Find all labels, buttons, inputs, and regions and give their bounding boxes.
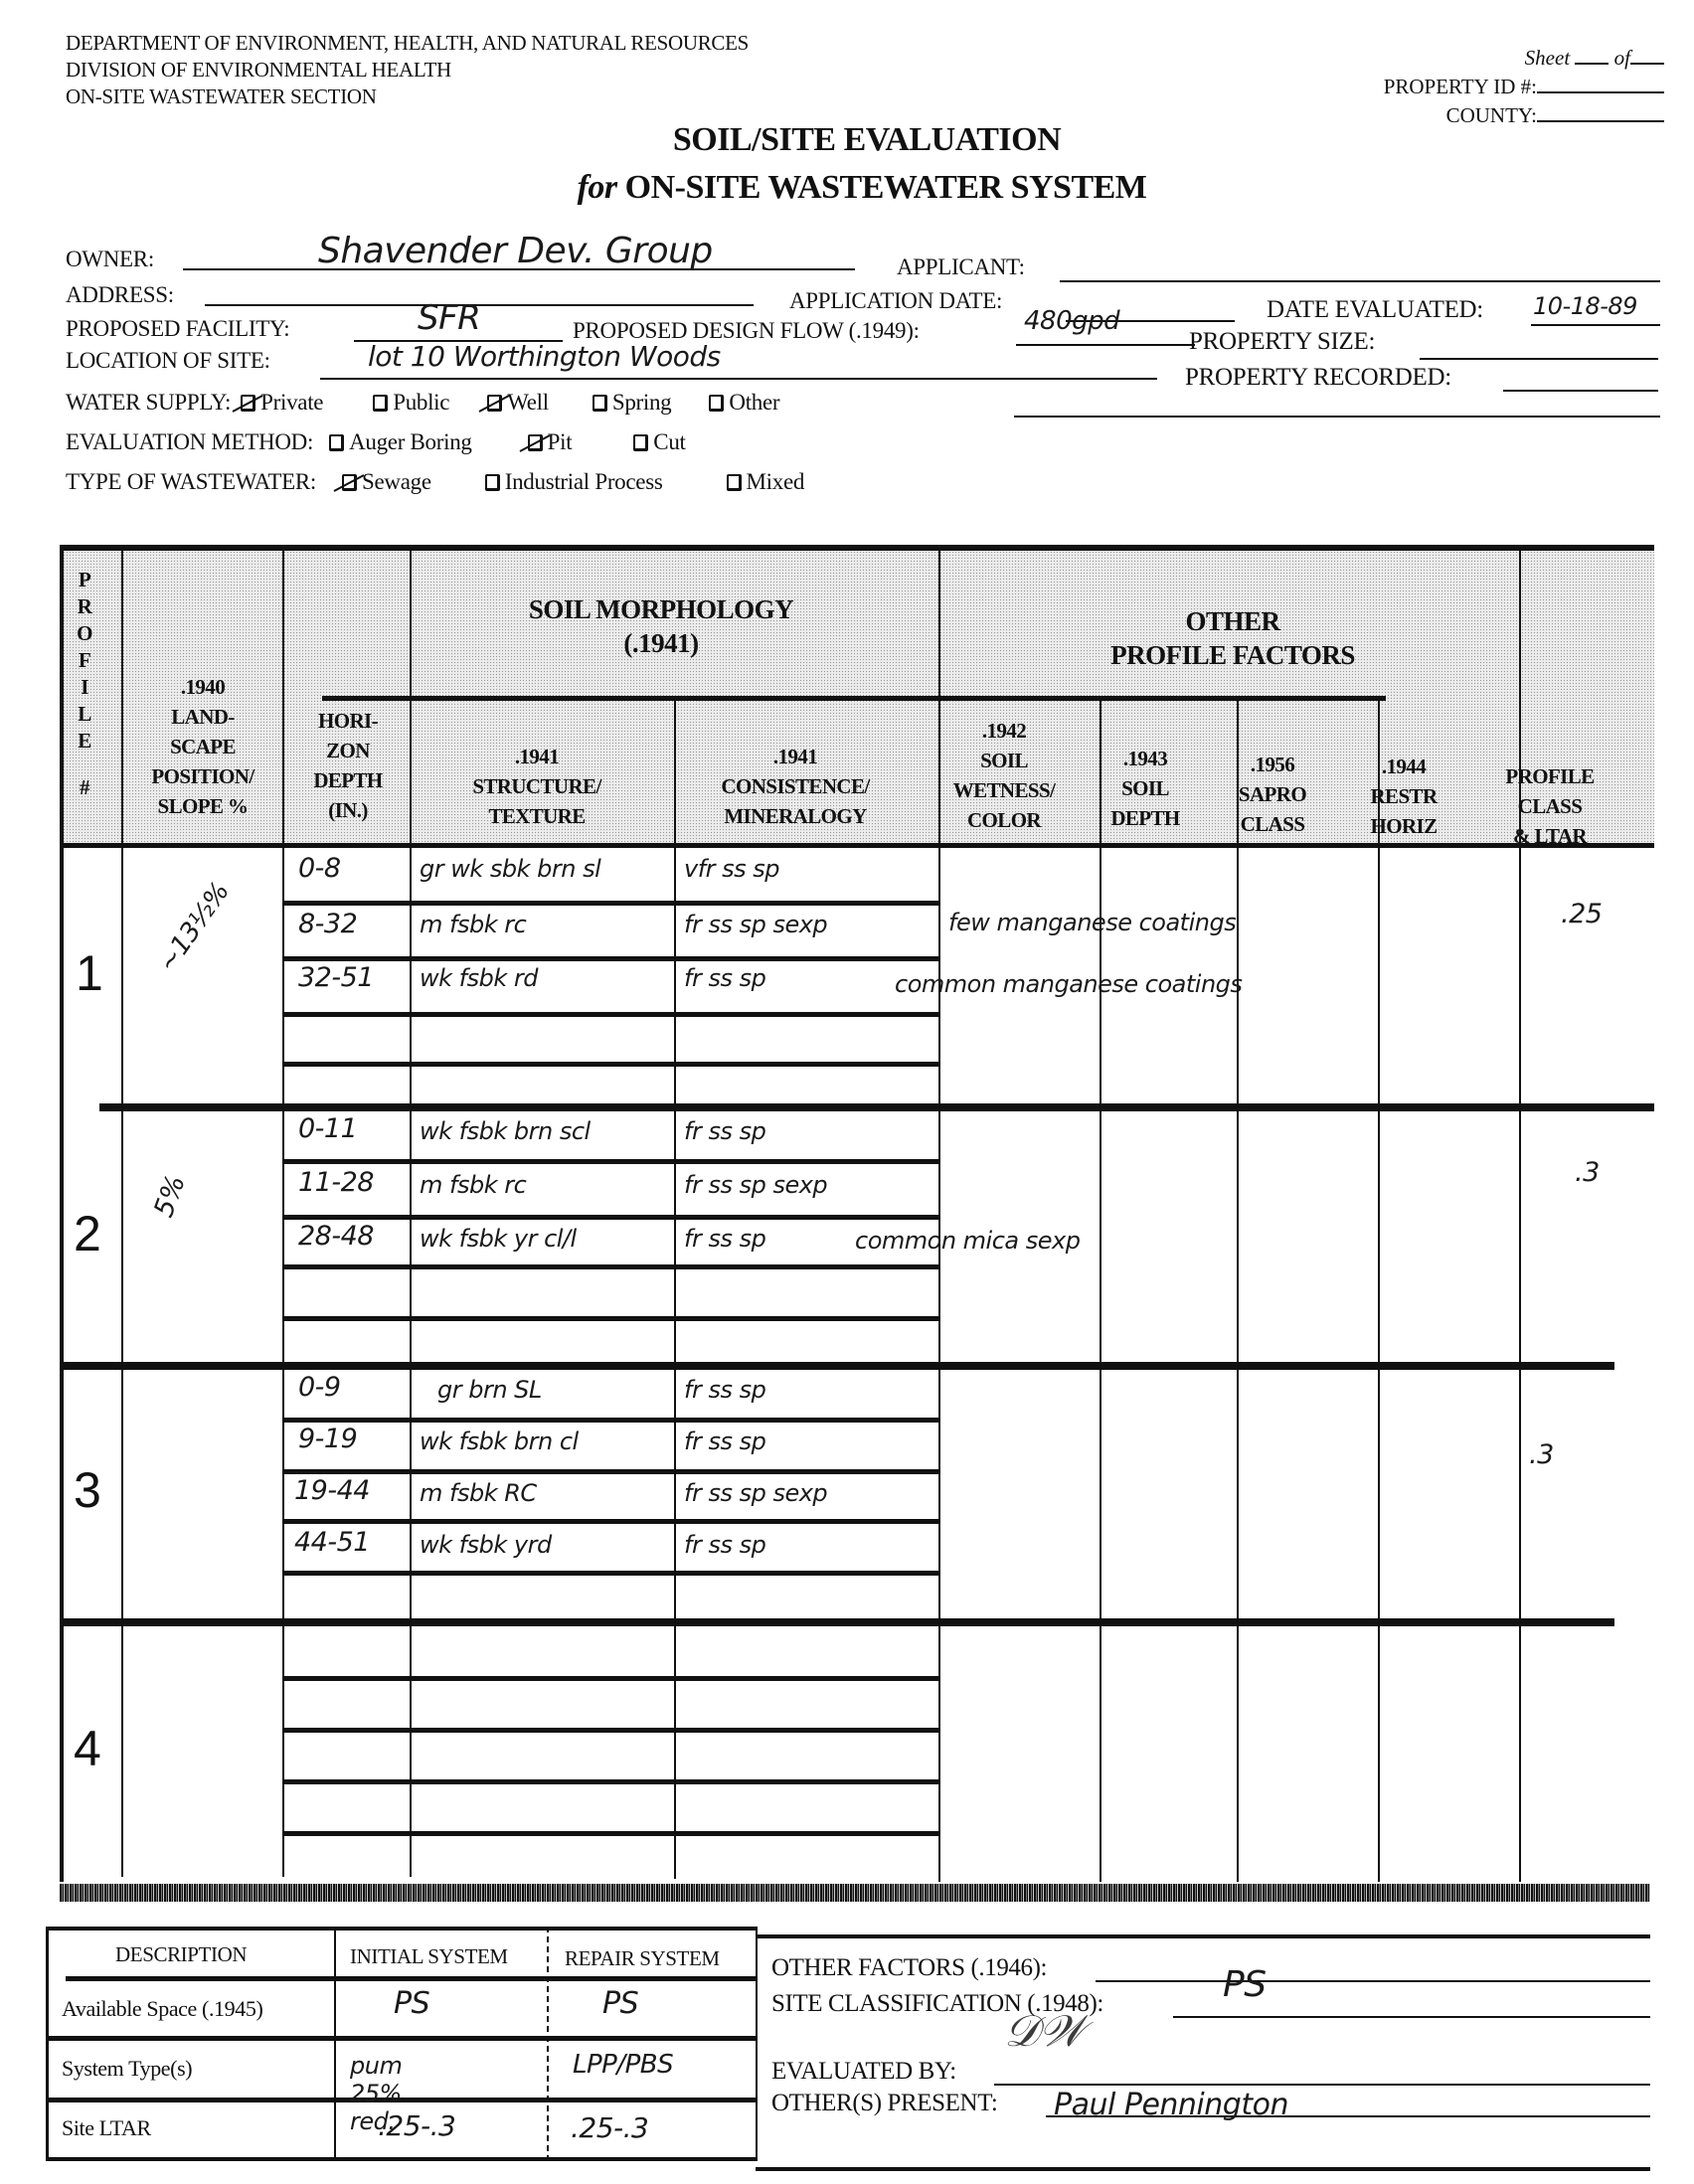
horizon-depth-cell[interactable]: 0-9 <box>298 1372 341 1403</box>
system-type-label: System Type(s) <box>62 2056 192 2082</box>
table-bottom-band <box>60 1884 1650 1902</box>
wetness-note-cell[interactable]: common mica sexp <box>855 1227 1080 1255</box>
wetness-note-cell[interactable]: few manganese coatings <box>948 909 1236 936</box>
water-supply-row: WATER SUPPLY: Private Public Well Spring… <box>66 390 779 416</box>
structure-texture-cell[interactable]: gr wk sbk brn sl <box>420 855 600 883</box>
water-supply-well-checkbox[interactable] <box>487 395 502 412</box>
wetness-note-cell[interactable]: common manganese coatings <box>895 970 1242 998</box>
owner-field[interactable]: Shavender Dev. Group <box>318 231 713 271</box>
profile-class-cell[interactable]: .3 <box>1529 1439 1554 1470</box>
horizon-depth-cell[interactable]: 28-48 <box>298 1221 374 1252</box>
property-recorded-label: PROPERTY RECORDED: <box>1185 364 1451 392</box>
date-evaluated-underline <box>1531 324 1660 326</box>
water-supply-private-checkbox[interactable] <box>241 395 255 412</box>
property-size-label: PROPERTY SIZE: <box>1189 328 1375 356</box>
horizon-depth-cell[interactable]: 11-28 <box>298 1167 374 1198</box>
header-bottom-border <box>60 843 1654 848</box>
sheet-info: Sheet of PROPERTY ID #: COUNTY: <box>1384 44 1664 130</box>
horizon-depth-cell[interactable]: 9-19 <box>298 1424 357 1454</box>
profile-class-header: PROFILE CLASS & LTAR <box>1475 761 1624 851</box>
site-classification-field[interactable]: PS <box>1223 1964 1267 2005</box>
wastewater-type-label: TYPE OF WASTEWATER: <box>66 469 316 495</box>
profile-number: 1 <box>76 944 103 1002</box>
water-supply-public-label: Public <box>393 390 449 416</box>
soil-depth-header: .1943 SOIL DEPTH <box>1086 744 1205 833</box>
date-evaluated-field[interactable]: 10-18-89 <box>1533 292 1637 320</box>
evaluated-by-label: EVALUATED BY: <box>771 2058 956 2086</box>
system-type-repair[interactable]: LPP/PBS <box>573 2050 673 2080</box>
soil-profile-table: P R O F I L E # .1940 LAND- SCAPE POSITI… <box>60 545 1654 1882</box>
structure-texture-cell[interactable]: wk fsbk yrd <box>420 1531 552 1559</box>
structure-texture-cell[interactable]: m fsbk RC <box>420 1479 537 1507</box>
evaluated-by-underline <box>994 2084 1650 2086</box>
form-subtitle: for ON-SITE WASTEWATER SYSTEM <box>0 169 1694 207</box>
profile-number-header: P R O F I L E # <box>70 567 99 801</box>
county-field[interactable] <box>1537 102 1664 122</box>
repair-system-header: REPAIR SYSTEM <box>565 1946 720 1971</box>
property-id-field[interactable] <box>1537 74 1664 93</box>
wastewater-sewage-label: Sewage <box>362 469 431 495</box>
profile-number: 4 <box>74 1720 101 1777</box>
horizon-depth-cell[interactable]: 0-8 <box>298 853 341 884</box>
consistence-cell[interactable]: fr ss sp sexp <box>684 911 827 938</box>
structure-texture-header: .1941 STRUCTURE/ TEXTURE <box>418 742 656 831</box>
horizon-depth-header: HORI- ZON DEPTH (IN.) <box>288 706 408 825</box>
evaluated-by-signature[interactable]: 𝒟𝒲 <box>1004 2006 1084 2057</box>
sheet-number-field[interactable] <box>1575 45 1609 65</box>
col-divider <box>1378 699 1380 1882</box>
landscape-slope-cell[interactable]: 5% <box>148 1172 191 1222</box>
form-title: SOIL/SITE EVALUATION <box>0 121 1694 159</box>
table-left-border <box>60 545 64 1882</box>
location-label: LOCATION OF SITE: <box>66 348 270 374</box>
sapro-class-header: .1956 SAPRO CLASS <box>1213 750 1332 839</box>
subheader-divider <box>322 696 1386 701</box>
property-size-field[interactable] <box>1420 358 1658 360</box>
profile-separator <box>60 1362 1614 1370</box>
soil-morphology-header: SOIL MORPHOLOGY (.1941) <box>418 592 905 660</box>
horizon-depth-cell[interactable]: 19-44 <box>294 1475 370 1506</box>
evaluation-pit-label: Pit <box>548 429 573 455</box>
evaluation-cut-checkbox[interactable] <box>633 434 648 451</box>
available-space-repair[interactable]: PS <box>602 1986 638 2021</box>
water-supply-private-label: Private <box>260 390 323 416</box>
profile-number: 3 <box>74 1461 101 1519</box>
structure-texture-cell[interactable]: wk fsbk brn scl <box>420 1117 591 1145</box>
applicant-label: APPLICANT: <box>897 254 1025 280</box>
evaluation-method-label: EVALUATION METHOD: <box>66 429 313 455</box>
evaluation-cut-label: Cut <box>653 429 685 455</box>
available-space-label: Available Space (.1945) <box>62 1996 262 2022</box>
col-divider <box>674 696 676 1879</box>
evaluation-auger-label: Auger Boring <box>349 429 472 455</box>
agency-header: DEPARTMENT OF ENVIRONMENT, HEALTH, AND N… <box>66 30 749 110</box>
of-label: of <box>1614 46 1630 70</box>
water-supply-spring-checkbox[interactable] <box>593 395 607 412</box>
agency-line-1: DEPARTMENT OF ENVIRONMENT, HEALTH, AND N… <box>66 30 749 57</box>
col-divider <box>1100 699 1101 1882</box>
consistence-cell[interactable]: fr ss sp <box>684 1117 765 1145</box>
soil-wetness-header: .1942 SOIL WETNESS/ COLOR <box>934 716 1074 835</box>
col-divider <box>1237 699 1239 1882</box>
wastewater-type-row: TYPE OF WASTEWATER: Sewage Industrial Pr… <box>66 469 804 495</box>
evaluation-auger-checkbox[interactable] <box>329 434 344 451</box>
wastewater-mixed-checkbox[interactable] <box>727 474 742 491</box>
address-label: ADDRESS: <box>66 282 174 308</box>
profile-separator <box>99 1103 1654 1111</box>
sheet-label: Sheet <box>1525 46 1570 70</box>
subtitle-text: ON-SITE WASTEWATER SYSTEM <box>625 169 1147 206</box>
others-present-label: OTHER(S) PRESENT: <box>771 2090 997 2117</box>
evaluation-method-row: EVALUATION METHOD: Auger Boring Pit Cut <box>66 429 686 455</box>
wastewater-mixed-label: Mixed <box>747 469 805 495</box>
structure-texture-cell[interactable]: wk fsbk yr cl/l <box>420 1225 577 1253</box>
agency-line-3: ON-SITE WASTEWATER SECTION <box>66 84 749 110</box>
structure-texture-cell[interactable]: wk fsbk rd <box>420 964 538 992</box>
wastewater-industrial-checkbox[interactable] <box>485 474 500 491</box>
structure-texture-cell[interactable]: m fsbk rc <box>420 1171 526 1199</box>
structure-texture-cell[interactable]: wk fsbk brn cl <box>420 1428 579 1455</box>
profile-class-cell[interactable]: .3 <box>1575 1157 1600 1188</box>
consistence-mineralogy-header: .1941 CONSISTENCE/ MINERALOGY <box>676 742 915 831</box>
water-supply-spring-label: Spring <box>612 390 672 416</box>
other-factors-field[interactable] <box>1096 1980 1650 1982</box>
wastewater-industrial-label: Industrial Process <box>505 469 663 495</box>
proposed-facility-field[interactable]: SFR <box>418 298 480 338</box>
water-supply-public-checkbox[interactable] <box>373 395 388 412</box>
profile-number: 2 <box>74 1205 101 1262</box>
owner-label: OWNER: <box>66 247 154 272</box>
horizon-depth-cell[interactable]: 8-32 <box>298 909 357 939</box>
applicant-field[interactable] <box>1060 280 1660 282</box>
horizon-depth-cell[interactable]: 0-11 <box>298 1113 357 1144</box>
wastewater-sewage-checkbox[interactable] <box>342 474 357 491</box>
landscape-position-header: .1940 LAND- SCAPE POSITION/ SLOPE % <box>125 672 280 821</box>
landscape-slope-cell[interactable]: ~13½% <box>153 878 236 978</box>
structure-texture-cell[interactable]: gr brn SL <box>437 1376 542 1404</box>
evaluation-pit-checkbox[interactable] <box>528 434 543 451</box>
proposed-facility-label: PROPOSED FACILITY: <box>66 316 289 342</box>
consistence-cell[interactable]: fr ss sp <box>684 1531 765 1559</box>
consistence-cell[interactable]: fr ss sp <box>684 964 765 992</box>
consistence-cell[interactable]: fr ss sp <box>684 1225 765 1253</box>
design-flow-underline <box>1016 344 1195 346</box>
profile-class-cell[interactable]: .25 <box>1561 899 1602 929</box>
other-profile-factors-header: OTHER PROFILE FACTORS <box>944 604 1521 672</box>
water-supply-well-label: Well <box>507 390 549 416</box>
agency-line-2: DIVISION OF ENVIRONMENTAL HEALTH <box>66 57 749 84</box>
date-evaluated-label: DATE EVALUATED: <box>1267 296 1483 324</box>
structure-texture-cell[interactable]: m fsbk rc <box>420 911 526 938</box>
design-flow-field[interactable]: 480gpd <box>1024 306 1119 336</box>
description-header: DESCRIPTION <box>115 1942 247 1967</box>
site-ltar-label: Site LTAR <box>62 2115 151 2141</box>
subtitle-prefix: for <box>578 169 617 206</box>
others-present-field[interactable]: Paul Pennington <box>1054 2088 1288 2122</box>
horizon-depth-cell[interactable]: 44-51 <box>294 1527 370 1558</box>
property-recorded-field[interactable] <box>1503 390 1658 392</box>
available-space-initial[interactable]: PS <box>394 1986 429 2021</box>
consistence-cell[interactable]: fr ss sp <box>684 1428 765 1455</box>
col-divider <box>938 545 940 1882</box>
sheet-total-field[interactable] <box>1630 45 1664 65</box>
other-factors-label: OTHER FACTORS (.1946): <box>771 1954 1047 1982</box>
profile-separator <box>60 1618 1614 1626</box>
site-ltar-repair[interactable]: .25-.3 <box>571 2111 648 2144</box>
water-supply-other-field[interactable] <box>1014 416 1660 418</box>
table-top-border <box>60 545 1654 551</box>
col-divider <box>1519 545 1521 1882</box>
consistence-cell[interactable]: fr ss sp sexp <box>684 1171 827 1199</box>
consistence-cell[interactable]: fr ss sp sexp <box>684 1479 827 1507</box>
consistence-cell[interactable]: fr ss sp <box>684 1376 765 1404</box>
col-divider <box>121 545 123 1877</box>
location-underline <box>320 378 1157 380</box>
consistence-cell[interactable]: vfr ss sp <box>684 855 779 883</box>
initial-system-header: INITIAL SYSTEM <box>350 1944 508 1969</box>
site-ltar-initial[interactable]: .25-.3 <box>378 2109 455 2142</box>
property-id-label: PROPERTY ID #: <box>1384 75 1537 98</box>
water-supply-label: WATER SUPPLY: <box>66 390 231 416</box>
water-supply-other-label: Other <box>729 390 779 416</box>
horizon-depth-cell[interactable]: 32-51 <box>298 962 374 993</box>
location-field[interactable]: lot 10 Worthington Woods <box>368 340 721 373</box>
water-supply-other-checkbox[interactable] <box>709 395 724 412</box>
application-date-label: APPLICATION DATE: <box>789 288 1002 314</box>
site-classification-underline <box>1173 2016 1650 2018</box>
restr-horiz-header: .1944 RESTR HORIZ <box>1344 752 1463 841</box>
